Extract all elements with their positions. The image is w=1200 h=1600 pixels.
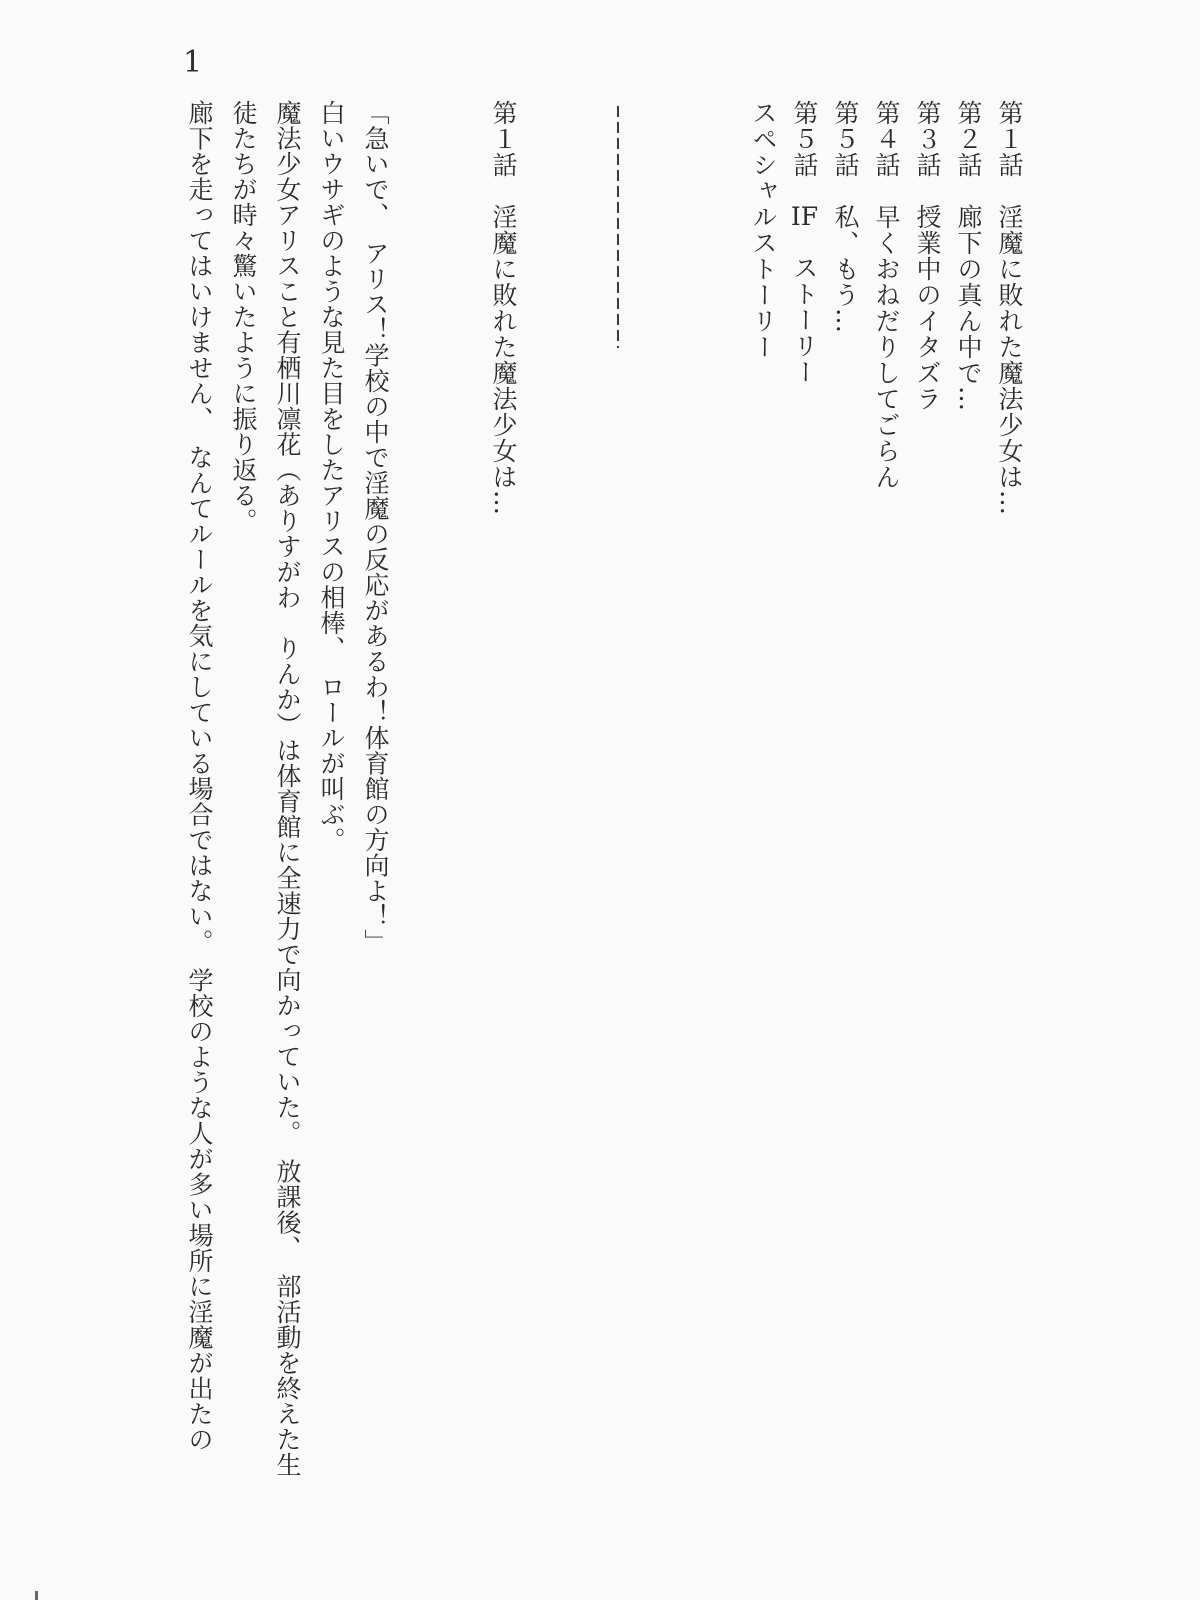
story-body: 「急いで、 アリス！学校の中で淫魔の反応があるわ！体育館の方向よ！」 白いウサギ… xyxy=(177,100,397,1595)
toc-entry-1: 第１話 淫魔に敗れた魔法少女は… xyxy=(989,100,1030,820)
story-line-3: 魔法少女アリスこと有栖川凛花（ありすがわ りんか）は体育館に全速力で向かっていた… xyxy=(265,100,309,1595)
toc-entry-3: 第３話 授業中のイタズラ xyxy=(907,100,948,820)
toc-entry-special: スペシャルストーリー xyxy=(743,100,784,820)
toc-entry-2: 第２話 廊下の真ん中で… xyxy=(948,100,989,820)
stray-mark xyxy=(35,1591,38,1600)
toc-entry-5: 第５話 私、もう… xyxy=(825,100,866,820)
chapter-heading: 第１話 淫魔に敗れた魔法少女は… xyxy=(483,100,524,820)
toc-if-prefix: 第５話 xyxy=(790,100,819,204)
story-line-4: 徒たちが時々驚いたように振り返る。 xyxy=(221,100,265,1595)
toc-entry-5-if: 第５話 IF ストーリー xyxy=(784,100,825,820)
page-number: 1 xyxy=(183,48,202,78)
toc-if-tatechuyoko: IF xyxy=(790,204,819,229)
toc-if-suffix: ストーリー xyxy=(790,229,819,385)
table-of-contents: 第１話 淫魔に敗れた魔法少女は… 第２話 廊下の真ん中で… 第３話 授業中のイタ… xyxy=(743,100,1030,820)
story-line-1: 「急いで、 アリス！学校の中で淫魔の反応があるわ！体育館の方向よ！」 xyxy=(353,100,397,1595)
story-line-2: 白いウサギのような見た目をしたアリスの相棒、 ロールが叫ぶ。 xyxy=(309,100,353,1595)
section-divider xyxy=(617,106,619,348)
story-line-5: 廊下を走ってはいけません、 なんてルールを気にしている場合ではない。 学校のよう… xyxy=(177,100,221,1595)
toc-entry-4: 第４話 早くおねだりしてごらん xyxy=(866,100,907,820)
